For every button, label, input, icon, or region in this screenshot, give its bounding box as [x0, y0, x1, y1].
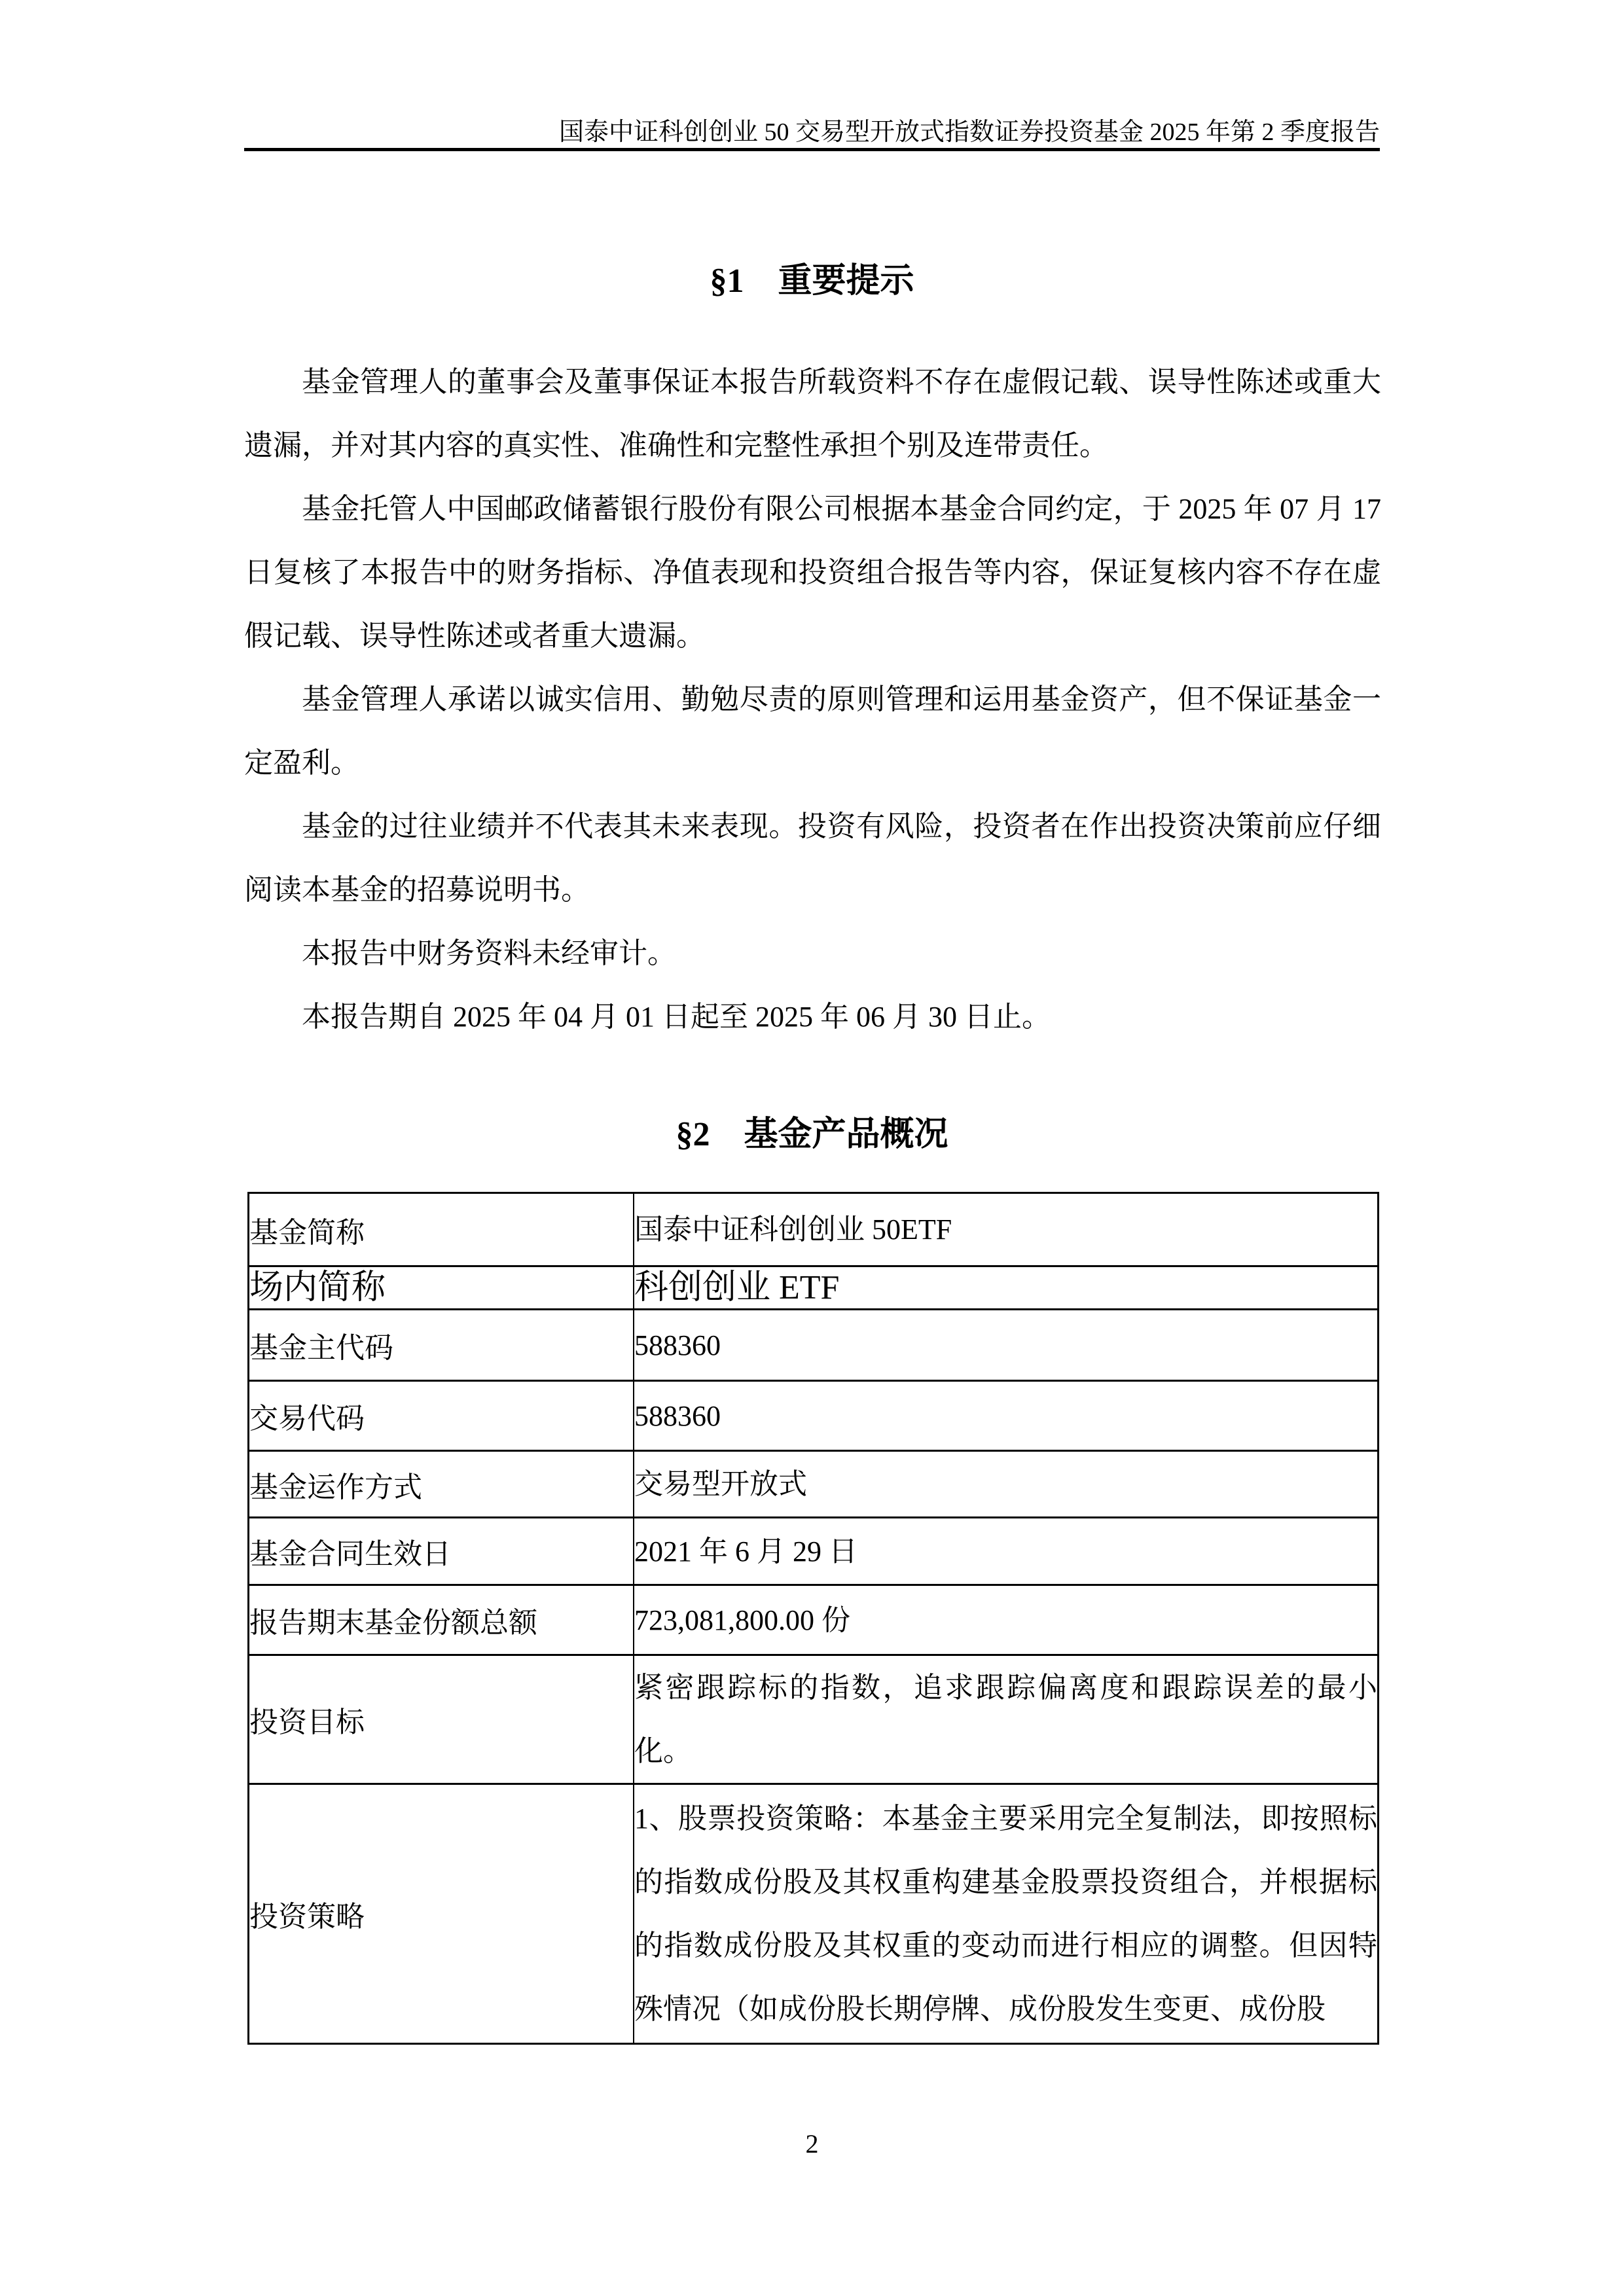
- field-value-text: 交易型开放式: [634, 1452, 1377, 1516]
- notice-paragraph: 基金的过往业绩并不代表其未来表现。投资有风险，投资者在作出投资决策前应仔细阅读本…: [244, 795, 1381, 922]
- notice-paragraphs: 基金管理人的董事会及董事保证本报告所载资料不存在虚假记载、误导性陈述或重大遗漏，…: [244, 350, 1381, 1049]
- field-value-text: 紧密跟踪标的指数，追求跟踪偏离度和跟踪误差的最小化。: [634, 1656, 1377, 1783]
- field-value: 国泰中证科创创业 50ETF: [634, 1193, 1379, 1266]
- field-label: 交易代码: [249, 1381, 634, 1451]
- header-rule: [244, 148, 1380, 151]
- field-value: 1、股票投资策略：本基金主要采用完全复制法，即按照标的指数成份股及其权重构建基金…: [634, 1784, 1379, 2044]
- field-label: 报告期末基金份额总额: [249, 1585, 634, 1655]
- report-page: 国泰中证科创创业 50 交易型开放式指数证券投资基金 2025 年第 2 季度报…: [0, 0, 1624, 2296]
- page-number: 2: [0, 2128, 1624, 2159]
- field-value: 588360: [634, 1381, 1379, 1451]
- fund-overview-table: 基金简称国泰中证科创创业 50ETF场内简称科创创业 ETF基金主代码58836…: [247, 1192, 1379, 2045]
- field-label: 基金简称: [249, 1193, 634, 1266]
- table-row: 场内简称科创创业 ETF: [249, 1266, 1379, 1310]
- field-value-text: 2021 年 6 月 29 日: [634, 1520, 1377, 1583]
- notice-paragraph: 基金管理人承诺以诚实信用、勤勉尽责的原则管理和运用基金资产，但不保证基金一定盈利…: [244, 668, 1381, 795]
- field-value-text: 1、股票投资策略：本基金主要采用完全复制法，即按照标的指数成份股及其权重构建基金…: [634, 1787, 1377, 2041]
- field-label: 场内简称: [249, 1266, 634, 1310]
- notice-paragraph: 本报告中财务资料未经审计。: [244, 922, 1381, 985]
- field-value: 588360: [634, 1310, 1379, 1381]
- running-header: 国泰中证科创创业 50 交易型开放式指数证券投资基金 2025 年第 2 季度报…: [244, 111, 1380, 147]
- field-label: 基金合同生效日: [249, 1518, 634, 1585]
- table-row: 基金主代码588360: [249, 1310, 1379, 1381]
- notice-paragraph: 基金管理人的董事会及董事保证本报告所载资料不存在虚假记载、误导性陈述或重大遗漏，…: [244, 350, 1381, 477]
- table-row: 基金运作方式交易型开放式: [249, 1451, 1379, 1518]
- field-label: 基金主代码: [249, 1310, 634, 1381]
- field-value-text: 国泰中证科创创业 50ETF: [634, 1198, 1377, 1261]
- field-value: 交易型开放式: [634, 1451, 1379, 1518]
- field-value-text: 588360: [634, 1384, 1377, 1448]
- field-value: 723,081,800.00 份: [634, 1585, 1379, 1655]
- notice-paragraph: 基金托管人中国邮政储蓄银行股份有限公司根据本基金合同约定，于 2025 年 07…: [244, 477, 1381, 668]
- field-label: 投资目标: [249, 1655, 634, 1784]
- field-value-text: 723,081,800.00 份: [634, 1588, 1377, 1652]
- field-label: 投资策略: [249, 1784, 634, 2044]
- table-row: 基金合同生效日2021 年 6 月 29 日: [249, 1518, 1379, 1585]
- field-value: 科创创业 ETF: [634, 1266, 1379, 1310]
- table-row: 投资目标紧密跟踪标的指数，追求跟踪偏离度和跟踪误差的最小化。: [249, 1655, 1379, 1784]
- section2-title: §2 基金产品概况: [0, 1106, 1624, 1155]
- section1-title: §1 重要提示: [0, 253, 1624, 302]
- field-value: 紧密跟踪标的指数，追求跟踪偏离度和跟踪误差的最小化。: [634, 1655, 1379, 1784]
- field-value: 2021 年 6 月 29 日: [634, 1518, 1379, 1585]
- field-value-text: 588360: [634, 1314, 1377, 1377]
- fund-table-body: 基金简称国泰中证科创创业 50ETF场内简称科创创业 ETF基金主代码58836…: [249, 1193, 1379, 2044]
- table-row: 投资策略1、股票投资策略：本基金主要采用完全复制法，即按照标的指数成份股及其权重…: [249, 1784, 1379, 2044]
- table-row: 交易代码588360: [249, 1381, 1379, 1451]
- table-row: 报告期末基金份额总额723,081,800.00 份: [249, 1585, 1379, 1655]
- notice-paragraph: 本报告期自 2025 年 04 月 01 日起至 2025 年 06 月 30 …: [244, 985, 1381, 1049]
- field-value-text: 科创创业 ETF: [634, 1268, 1377, 1308]
- field-label: 基金运作方式: [249, 1451, 634, 1518]
- table-row: 基金简称国泰中证科创创业 50ETF: [249, 1193, 1379, 1266]
